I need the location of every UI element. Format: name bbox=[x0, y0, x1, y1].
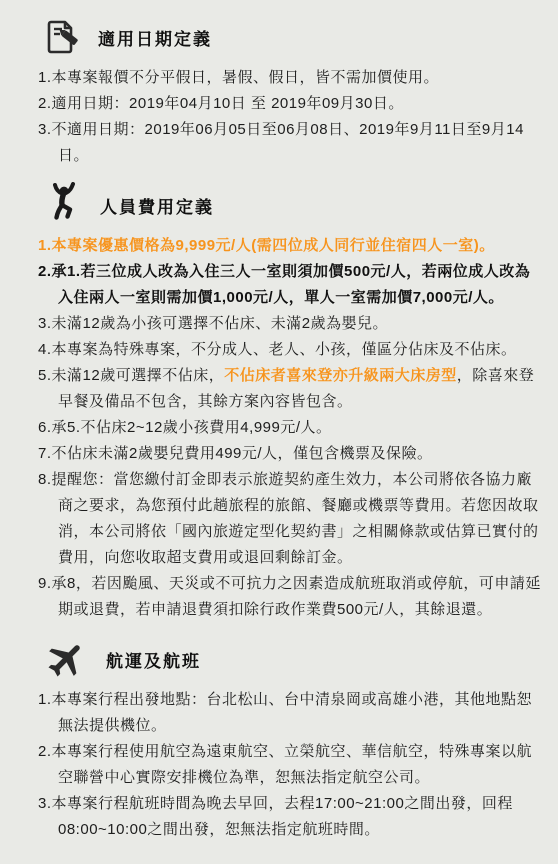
text-segment: 3.本專案行程航班時間為晚去早回，去程17:00~21:00之間出發，回程08:… bbox=[38, 795, 513, 838]
list-item: 6.承5.不佔床2~12歲小孩費用4,999元/人。 bbox=[38, 415, 541, 441]
personnel-fees-list: 1.本專案優惠價格為9,999元/人(需四位成人同行並住宿四人一室)。2.承1.… bbox=[38, 233, 541, 623]
section-header: 人員費用定義 bbox=[43, 182, 541, 228]
text-segment: 5.未滿12歲可選擇不佔床， bbox=[38, 367, 224, 384]
text-segment: 不佔床者喜來登亦升級兩大床房型 bbox=[224, 367, 457, 384]
text-segment: 1.本專案優惠價格為9,999元/人(需四位成人同行並住宿四人一室)。 bbox=[38, 237, 495, 254]
list-item: 9.承8，若因颱風、天災或不可抗力之因素造成航班取消或停航，可申請延期或退費，若… bbox=[38, 571, 541, 623]
section-header: 航運及航班 bbox=[43, 636, 541, 682]
airplane-icon bbox=[43, 637, 89, 681]
list-item: 2.本專案行程使用航空為遠東航空、立榮航空、華信航空，特殊專案以航空聯營中心實際… bbox=[38, 739, 541, 791]
list-item: 1.本專案報價不分平假日，暑假、假日，皆不需加價使用。 bbox=[38, 65, 541, 91]
section-title: 人員費用定義 bbox=[100, 193, 214, 218]
list-item: 5.未滿12歲可選擇不佔床，不佔床者喜來登亦升級兩大床房型，除喜來登早餐及備品不… bbox=[38, 363, 541, 415]
list-item: 2.承1.若三位成人改為入住三人一室則須加價500元/人，若兩位成人改為入住兩人… bbox=[38, 259, 541, 311]
list-item: 3.本專案行程航班時間為晚去早回，去程17:00~21:00之間出發，回程08:… bbox=[38, 791, 541, 843]
text-segment: 3.不適用日期：2019年06月05日至06月08日、2019年9月11日至9月… bbox=[38, 121, 524, 164]
section-header: 適用日期定義 bbox=[43, 14, 541, 60]
document-signing-icon bbox=[43, 17, 81, 57]
section-personnel-fees: 人員費用定義 1.本專案優惠價格為9,999元/人(需四位成人同行並住宿四人一室… bbox=[38, 182, 541, 623]
text-segment: 1.本專案行程出發地點：台北松山、台中清泉岡或高雄小港，其他地點恕無法提供機位。 bbox=[38, 691, 532, 734]
terms-content: 適用日期定義 1.本專案報價不分平假日，暑假、假日，皆不需加價使用。2.適用日期… bbox=[0, 0, 558, 864]
section-applicable-dates: 適用日期定義 1.本專案報價不分平假日，暑假、假日，皆不需加價使用。2.適用日期… bbox=[38, 14, 541, 169]
text-segment: 2.承1.若三位成人改為入住三人一室則須加價500元/人，若兩位成人改為入住兩人… bbox=[38, 263, 530, 306]
text-segment: 4.本專案為特殊專案，不分成人、老人、小孩，僅區分佔床及不佔床。 bbox=[38, 341, 517, 358]
section-title: 適用日期定義 bbox=[98, 25, 212, 50]
list-item: 3.未滿12歲為小孩可選擇不佔床、未滿2歲為嬰兒。 bbox=[38, 311, 541, 337]
list-item: 4.本專案為特殊專案，不分成人、老人、小孩，僅區分佔床及不佔床。 bbox=[38, 337, 541, 363]
list-item: 2.適用日期：2019年04月10日 至 2019年09月30日。 bbox=[38, 91, 541, 117]
list-item: 3.不適用日期：2019年06月05日至06月08日、2019年9月11日至9月… bbox=[38, 117, 541, 169]
section-title: 航運及航班 bbox=[106, 647, 201, 672]
text-segment: 2.本專案行程使用航空為遠東航空、立榮航空、華信航空，特殊專案以航空聯營中心實際… bbox=[38, 743, 532, 786]
section-flights: 航運及航班 1.本專案行程出發地點：台北松山、台中清泉岡或高雄小港，其他地點恕無… bbox=[38, 636, 541, 843]
applicable-dates-list: 1.本專案報價不分平假日，暑假、假日，皆不需加價使用。2.適用日期：2019年0… bbox=[38, 65, 541, 169]
text-segment: 9.承8，若因颱風、天災或不可抗力之因素造成航班取消或停航，可申請延期或退費，若… bbox=[38, 575, 541, 618]
jumping-person-icon bbox=[43, 182, 83, 228]
list-item: 8.提醒您：當您繳付訂金即表示旅遊契約產生效力，本公司將依各協力廠商之要求，為您… bbox=[38, 467, 541, 571]
list-item: 7.不佔床未滿2歲嬰兒費用499元/人，僅包含機票及保險。 bbox=[38, 441, 541, 467]
flights-list: 1.本專案行程出發地點：台北松山、台中清泉岡或高雄小港，其他地點恕無法提供機位。… bbox=[38, 687, 541, 843]
text-segment: 7.不佔床未滿2歲嬰兒費用499元/人，僅包含機票及保險。 bbox=[38, 445, 433, 462]
list-item: 1.本專案優惠價格為9,999元/人(需四位成人同行並住宿四人一室)。 bbox=[38, 233, 541, 259]
text-segment: 2.適用日期：2019年04月10日 至 2019年09月30日。 bbox=[38, 95, 404, 112]
text-segment: 6.承5.不佔床2~12歲小孩費用4,999元/人。 bbox=[38, 419, 332, 436]
text-segment: 1.本專案報價不分平假日，暑假、假日，皆不需加價使用。 bbox=[38, 69, 439, 86]
list-item: 1.本專案行程出發地點：台北松山、台中清泉岡或高雄小港，其他地點恕無法提供機位。 bbox=[38, 687, 541, 739]
text-segment: 8.提醒您：當您繳付訂金即表示旅遊契約產生效力，本公司將依各協力廠商之要求，為您… bbox=[38, 471, 539, 566]
text-segment: 3.未滿12歲為小孩可選擇不佔床、未滿2歲為嬰兒。 bbox=[38, 315, 388, 332]
